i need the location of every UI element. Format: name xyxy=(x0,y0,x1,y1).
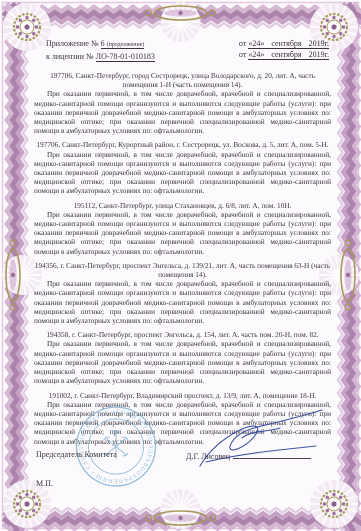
entry-address: 195112, Санкт-Петербург, улица Стахановц… xyxy=(34,201,331,210)
signature-line xyxy=(233,450,311,459)
entry-address: 194356, г. Санкт-Петербург, проспект Энг… xyxy=(34,261,331,279)
date-value-1: «24» сентября 2019г. xyxy=(248,39,329,49)
entry-address: 197706, Санкт-Петербург, город Сестрорец… xyxy=(34,71,331,89)
entry-activities: При оказании первичной, в том числе довр… xyxy=(34,89,331,135)
signer-row: Д.Г. Лисовец xyxy=(186,450,311,461)
license-entry: 194358, г. Санкт-Петербург, проспект Энг… xyxy=(34,330,331,385)
round-stamp-icon: КОМИТЕТ ПО ЗДРАВООХРАНЕНИЮ • САНКТ-ПЕТЕР… xyxy=(70,396,162,497)
date-value-2: «24» сентября 2019г. xyxy=(248,50,329,60)
date-prefix: от xyxy=(239,50,246,59)
date-line-2: от «24» сентября 2019г. xyxy=(239,49,329,60)
entry-address: 194358, г. Санкт-Петербург, проспект Энг… xyxy=(34,330,331,339)
license-number: ЛО-78-01-010183 xyxy=(96,52,155,62)
license-prefix: к лицензии № xyxy=(46,52,94,61)
entry-activities: При оказании первичной, в том числе довр… xyxy=(34,339,331,385)
entry-activities: При оказании первичной, в том числе довр… xyxy=(34,279,331,325)
signer-name: Д.Г. Лисовец xyxy=(186,452,230,461)
document-header: Приложение № 6 (продолжение) к лицензии … xyxy=(34,38,331,62)
appendix-prefix: Приложение № xyxy=(46,39,99,48)
date-line-1: от «24» сентября 2019г. xyxy=(239,38,329,49)
date-prefix: от xyxy=(239,39,246,48)
appendix-block: Приложение № 6 (продолжение) к лицензии … xyxy=(34,38,155,62)
entry-activities: При оказании первичной, в том числе довр… xyxy=(34,150,331,196)
entry-address: 197706, Санкт-Петербург, Курортный район… xyxy=(34,140,331,149)
signer-position-title: Председатель Комитета xyxy=(36,450,117,459)
appendix-line: Приложение № 6 (продолжение) xyxy=(46,38,155,51)
entry-activities: При оказании первичной, в том числе довр… xyxy=(34,210,331,256)
license-entry: 195112, Санкт-Петербург, улица Стахановц… xyxy=(34,201,331,256)
seal-place-mark: М.П. xyxy=(36,479,53,488)
license-entry: 197706, Санкт-Петербург, город Сестрорец… xyxy=(34,71,331,135)
license-entry: 197706, Санкт-Петербург, Курортный район… xyxy=(34,140,331,195)
dates-block: от «24» сентября 2019г. от «24» сентября… xyxy=(239,38,331,60)
license-entry: 194356, г. Санкт-Петербург, проспект Энг… xyxy=(34,261,331,325)
license-line: к лицензии № ЛО-78-01-010183 xyxy=(46,51,155,62)
appendix-value: 6 (продолжение) xyxy=(101,39,145,49)
document-content: Приложение № 6 (продолжение) к лицензии … xyxy=(34,38,331,451)
license-appendix-page: Приложение № 6 (продолжение) к лицензии … xyxy=(0,0,361,531)
appendix-note: (продолжение) xyxy=(107,42,145,48)
